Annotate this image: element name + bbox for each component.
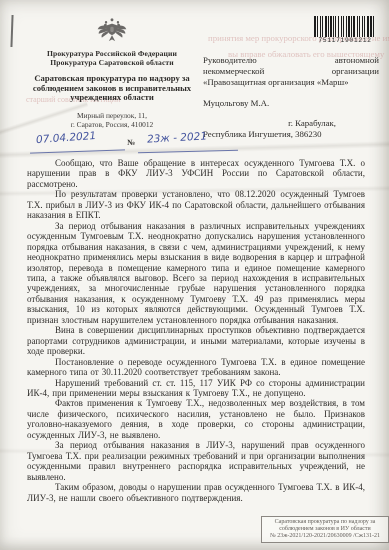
stamp-registration-number: № 23ж-2021/120-2021/20630009 /Сж131-21 [264,533,386,540]
recipient-city: г. Карабулак, [203,118,336,129]
handwritten-date: 07.04.2021 [36,130,97,146]
scan-artifact [10,15,13,47]
registration-stamp: Саратовская прокуратура по надзору за со… [261,516,389,543]
stamp-line2: соблюдением законов в ИУ области [264,526,386,533]
letterhead: Прокуратура Российской Федерации Прокура… [22,18,202,129]
paragraph: Сообщаю, что Ваше обращение в интересах … [27,158,365,189]
registration-barcode: 751171901212 [310,16,380,44]
reference-line: 07.04.2021 № 23ж - 2021 [30,130,230,156]
handwritten-underline [138,150,238,154]
recipient-org-line3: «Правозащитная организация «Марш» [203,77,379,88]
org-name-line1: Прокуратура Российской Федерации [22,49,202,58]
paragraph: Таким образом, доводы о нарушении прав о… [27,482,365,503]
paragraph: По результатам проверки установлено, что… [27,189,365,220]
barcode-number: 751171901212 [310,37,380,44]
sender-address-street: Мирный переулок, 11, [22,111,202,120]
sender-address-city: г. Саратов, Россия, 410012 [22,120,202,129]
division-name: Саратовская прокуратура по надзору за со… [22,74,202,103]
paragraph: Нарушений требований ст. ст. 115, 117 УИ… [27,378,365,399]
paragraph: Постановление о переводе осужденного Тум… [27,357,365,378]
handwritten-underline [30,149,125,153]
paragraph: За период отбывания наказания в различны… [27,221,365,326]
recipient-org-line1: Руководителю автономной [203,55,379,66]
recipient-org-line2: некоммерческой организации [203,66,379,77]
letter-body: Сообщаю, что Ваше обращение в интересах … [27,158,365,503]
paragraph: Вина в совершении дисциплинарных проступ… [27,325,365,356]
coat-of-arms-eagle-icon [96,18,128,46]
recipient-block: Руководителю автономной некоммерческой о… [203,55,379,140]
barcode-bars-icon [310,16,380,37]
paragraph: За период отбывания наказания в ЛИУ-3, н… [27,440,365,482]
recipient-name: Муцольгову М.А. [203,98,379,109]
scanned-letter-page: принятия мер прокурорского реагирования … [0,0,389,550]
org-name-line2: Прокуратура Саратовской области [22,58,202,67]
number-sign: № [127,138,135,147]
handwritten-outgoing-number: 23ж - 2021 [147,130,208,145]
stamp-line1: Саратовская прокуратура по надзору за [264,519,386,526]
paragraph: Фактов применения к Тумгоеву Т.Х., недоз… [27,398,365,440]
